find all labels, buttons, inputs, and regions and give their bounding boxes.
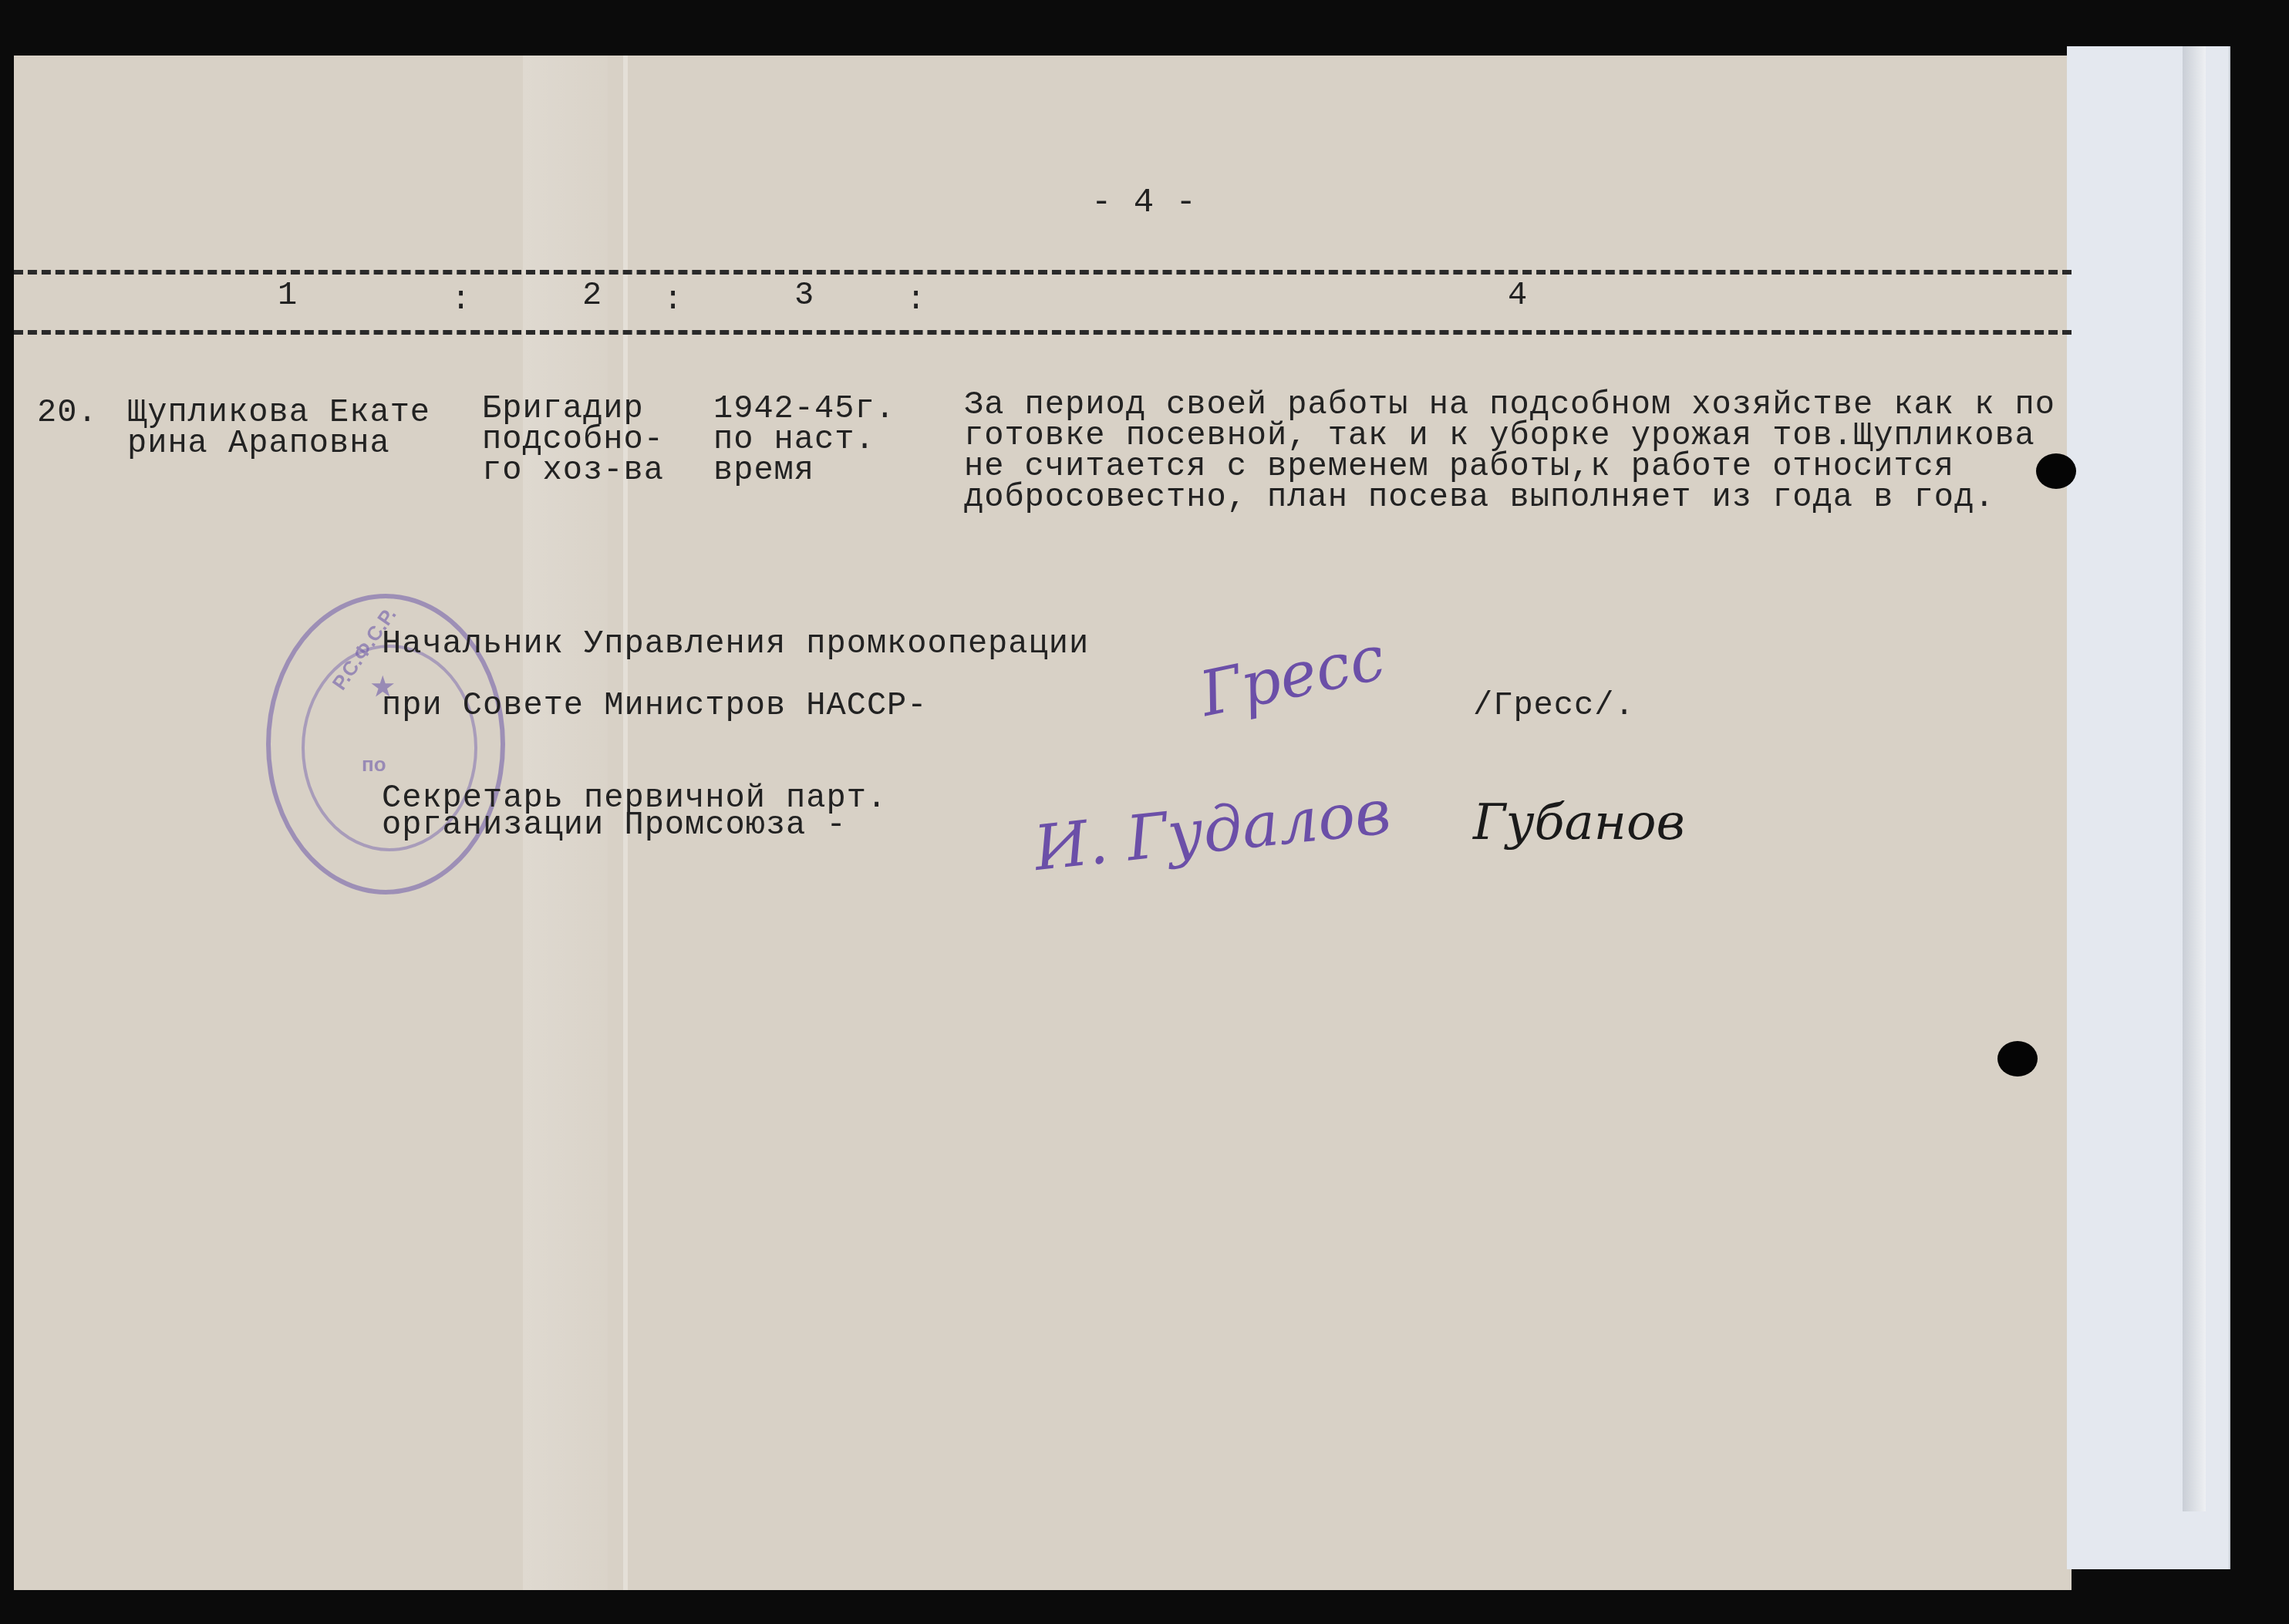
employee-position: го хоз-ва (482, 451, 664, 490)
punch-hole-icon (1997, 1041, 2038, 1076)
punch-hole-icon (2036, 453, 2076, 489)
stamp-center-text: по (362, 753, 386, 777)
employment-period: время (713, 451, 814, 490)
column-separator: : (663, 281, 683, 319)
table-top-rule (14, 270, 2072, 275)
secretary-title: организации Промсоюза - (382, 806, 847, 844)
backing-strip-fold (2183, 46, 2206, 1511)
column-header-1: 1 (278, 276, 298, 315)
secretary-name-signature: Губанов (1473, 794, 1685, 851)
chief-title: Начальник Управления промкооперации (382, 625, 1089, 663)
column-separator: : (451, 281, 471, 319)
table-header-rule (14, 330, 2072, 335)
column-header-3: 3 (794, 276, 814, 315)
column-header-4: 4 (1508, 276, 1528, 315)
chief-name: /Гресс/. (1473, 686, 1635, 725)
page-number: - 4 - (1091, 184, 1197, 222)
chief-title: при Совете Министров НАССР- (382, 686, 928, 725)
column-header-2: 2 (582, 276, 602, 315)
employee-name: рина Араповна (127, 424, 390, 463)
row-index: 20. (37, 393, 98, 432)
column-separator: : (906, 281, 926, 319)
characteristic-text: добросовестно, план посева выполняет из … (964, 478, 1994, 517)
backing-strip (2067, 46, 2230, 1569)
